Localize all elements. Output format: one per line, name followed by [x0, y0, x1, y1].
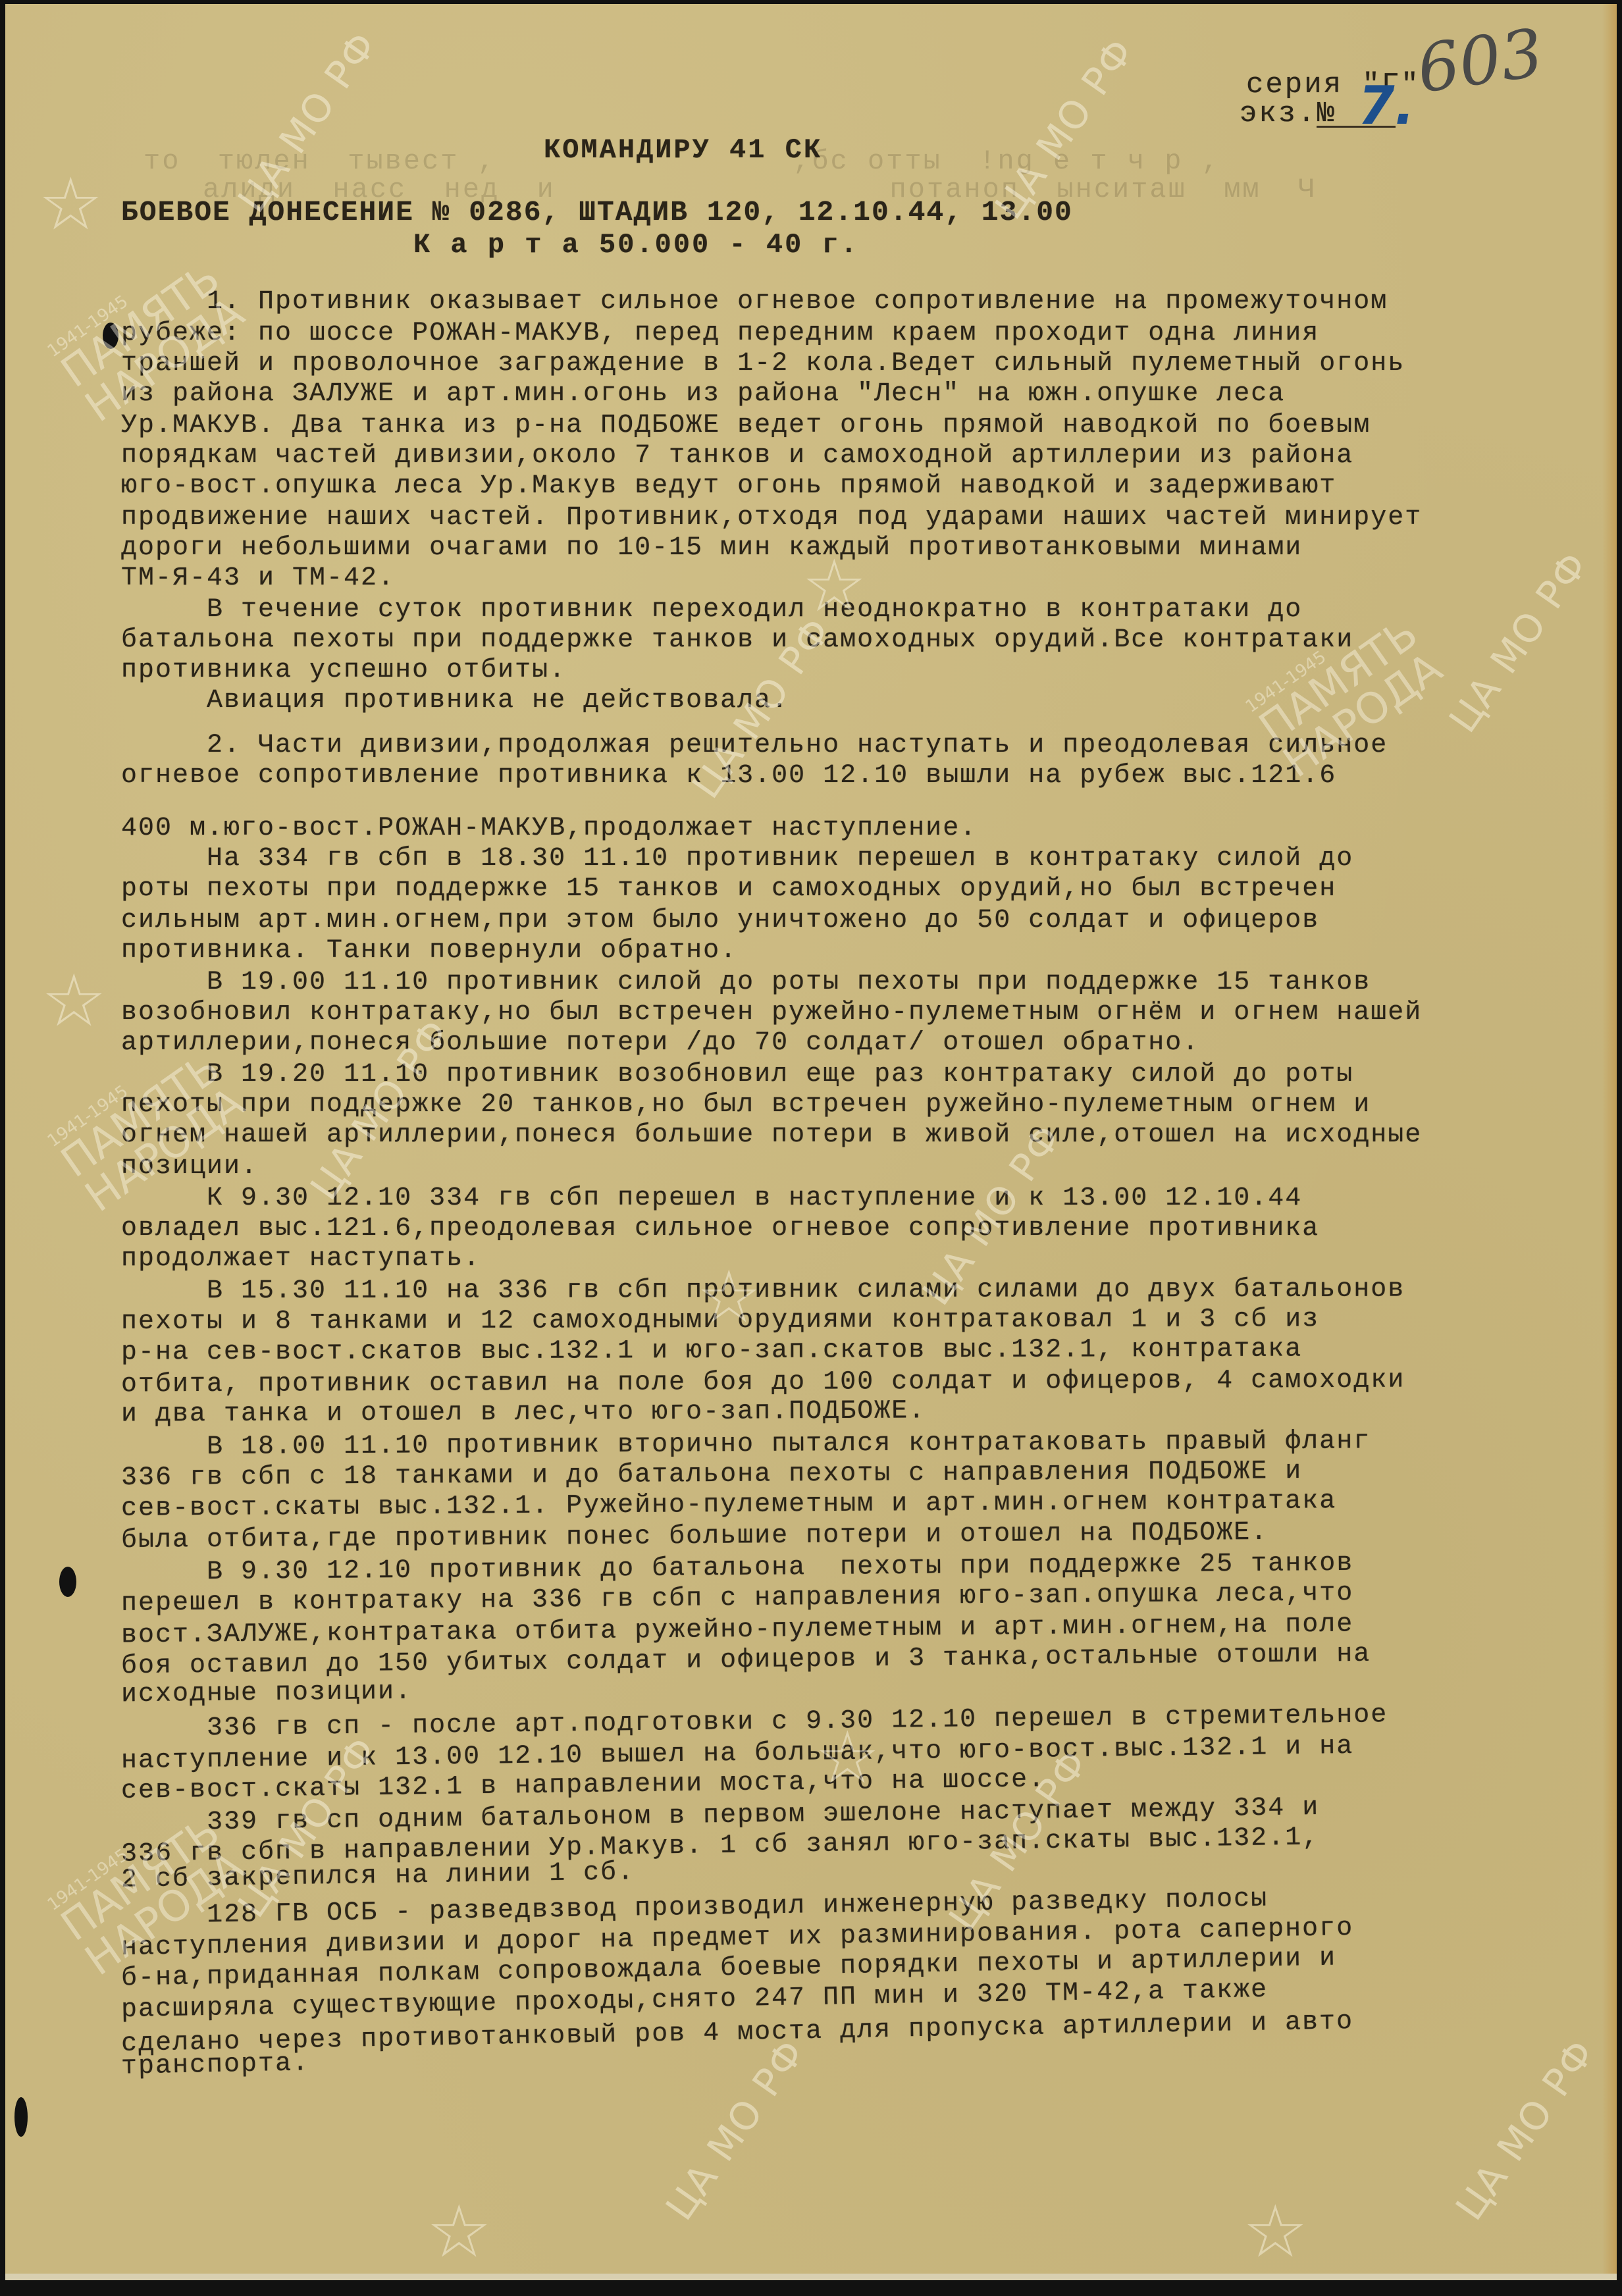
- report-line: р-на сев-вост.скатов выс.132.1 и юго-зап…: [121, 1334, 1302, 1367]
- report-line: позиции.: [121, 1152, 258, 1182]
- report-line: батальона пехоты при поддержке танков и …: [121, 625, 1353, 655]
- page-edge-shadow: [1602, 4, 1617, 2280]
- report-line: 2. Части дивизии,продолжая решительно на…: [121, 731, 1388, 760]
- report-line: транспорта.: [121, 2048, 310, 2081]
- document-page: то тюлен тывест , ,бс отты !ng е т ч р ,…: [5, 4, 1617, 2280]
- report-line: юго-вост.опушка леса Ур.Макув ведут огон…: [121, 471, 1336, 501]
- report-line: противника. Танки повернули обратно.: [121, 936, 737, 966]
- report-line: возобновил контратаку,но был встречен ру…: [121, 998, 1422, 1028]
- report-line: ТМ-Я-43 и ТМ-42.: [121, 563, 395, 593]
- report-line: роты пехоты при поддержке 15 танков и са…: [121, 874, 1336, 904]
- report-line: продолжает наступать.: [121, 1244, 481, 1274]
- report-title: БОЕВОЕ ДОНЕСЕНИЕ № 0286, ШТАДИВ 120, 12.…: [121, 196, 1073, 228]
- report-line: Ур.МАКУВ. Два танка из р-на ПОДБОЖЕ веде…: [121, 411, 1371, 440]
- report-line: противника успешно отбиты.: [121, 656, 566, 685]
- report-line: 400 м.юго-вост.РОЖАН-МАКУВ,продолжает на…: [121, 814, 977, 843]
- report-line: В 19.20 11.10 противник возобновил еще р…: [121, 1060, 1353, 1089]
- star-icon: ☆: [1243, 2189, 1308, 2274]
- watermark-archive: ЦА МО РФ: [1447, 2031, 1604, 2228]
- report-line: продвижение наших частей. Противник,отхо…: [121, 503, 1422, 533]
- report-line: сильным арт.мин.огнем,при этом было унич…: [121, 906, 1319, 935]
- page-bottom-edge: [5, 2274, 1617, 2280]
- report-line: артиллерии,понеся большие потери /до 70 …: [121, 1028, 1199, 1058]
- report-line: огнем нашей артиллерии,понеся большие по…: [121, 1120, 1422, 1150]
- report-line: В 19.00 11.10 противник силой до роты пе…: [121, 968, 1371, 997]
- star-icon: ☆: [41, 958, 107, 1043]
- report-line: отбита, противник оставил на поле боя до…: [121, 1366, 1405, 1400]
- map-reference: К а р т а 50.000 - 40 г.: [413, 229, 859, 261]
- star-icon: ☆: [427, 2189, 492, 2274]
- report-line: В течение суток противник переходил неод…: [121, 595, 1302, 625]
- report-line: овладел выс.121.6,преодолевая сильное ог…: [121, 1214, 1319, 1243]
- report-line: из района ЗАЛУЖЕ и арт.мин.огонь из райо…: [121, 379, 1285, 409]
- report-line: огневое сопротивление противника к 13.00…: [121, 761, 1336, 791]
- report-line: К 9.30 12.10 334 гв сбп перешел в наступ…: [121, 1184, 1302, 1213]
- report-line: пехоты и 8 танками и 12 самоходными оруд…: [121, 1305, 1319, 1337]
- punch-hole-bottom: [14, 2097, 28, 2137]
- watermark-archive: ЦА МО РФ: [1440, 543, 1597, 741]
- archive-page-number: 603: [1413, 14, 1548, 107]
- report-line: дороги небольшими очагами по 10-15 мин к…: [121, 533, 1302, 563]
- report-line: траншей и проволочное заграждение в 1-2 …: [121, 349, 1405, 378]
- report-line: В 15.30 11.10 на 336 гв сбп противник си…: [121, 1275, 1405, 1307]
- report-line: Авиация противника не действовала.: [121, 686, 789, 716]
- report-line: 1. Противник оказывает сильное огневое с…: [121, 287, 1388, 317]
- report-line: На 334 гв сбп в 18.30 11.10 противник пе…: [121, 844, 1353, 874]
- punch-hole-middle: [59, 1567, 76, 1597]
- addressee: КОМАНДИРУ 41 СК: [544, 134, 822, 166]
- report-line: и два танка и отошел в лес,что юго-зап.П…: [121, 1396, 926, 1429]
- star-icon: ☆: [38, 162, 103, 246]
- report-line: исходные позиции.: [121, 1677, 413, 1710]
- report-line: рубеже: по шоссе РОЖАН-МАКУВ, перед пере…: [121, 319, 1319, 348]
- watermark-archive: ЦА МО РФ: [657, 2031, 814, 2228]
- report-line: порядкам частей дивизии,около 7 танков и…: [121, 441, 1353, 471]
- report-line: пехоты при поддержке 20 танков,но был вс…: [121, 1090, 1371, 1120]
- copy-number-underline: [1317, 126, 1396, 128]
- punch-hole-top: [103, 323, 118, 349]
- report-line: была отбита,где противник понес большие …: [121, 1518, 1269, 1555]
